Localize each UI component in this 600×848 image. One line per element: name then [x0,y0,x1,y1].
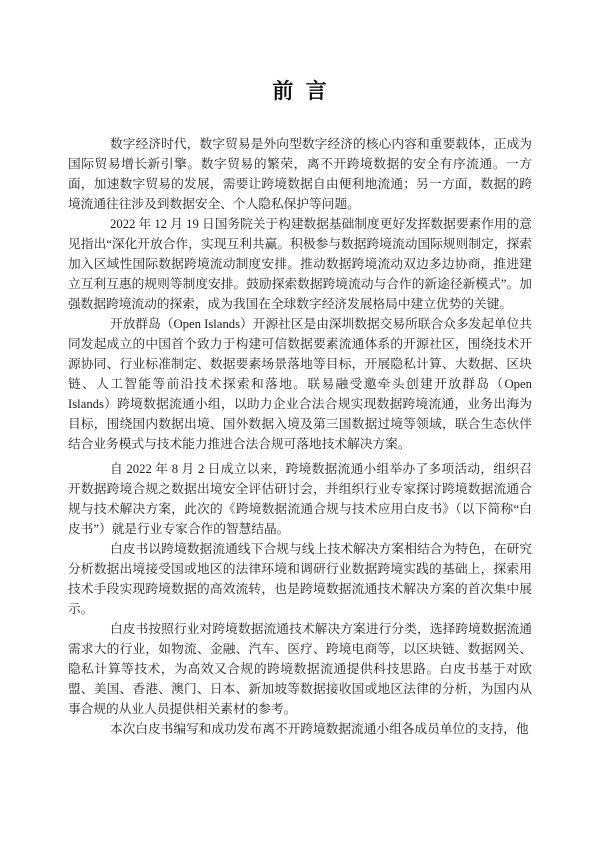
paragraph-6: 白皮书按照行业对跨境数据流通技术解决方案进行分类，选择跨境数据流通需求大的行业，… [68,619,532,719]
page-title: 前 言 [0,81,600,102]
paragraph-3: 开放群岛（Open Islands）开源社区是由深圳数据交易所联合众多发起单位共… [68,314,532,454]
paragraph-1: 数字经济时代，数字贸易是外向型数字经济的核心内容和重要载体，正成为国际贸易增长新… [68,134,532,214]
paragraph-2: 2022 年 12 月 19 日国务院关于构建数据基础制度更好发挥数据要素作用的… [68,214,532,314]
document-page: 前 言 数字经济时代，数字贸易是外向型数字经济的核心内容和重要载体，正成为国际贸… [0,0,600,848]
paragraph-7: 本次白皮书编写和成功发布离不开跨境数据流通小组各成员单位的支持，他 [68,719,532,739]
document-body: 数字经济时代，数字贸易是外向型数字经济的核心内容和重要载体，正成为国际贸易增长新… [68,134,532,739]
paragraph-5: 白皮书以跨境数据流通线下合规与线上技术解决方案相结合为特色，在研究分析数据出境接… [68,539,532,619]
paragraph-4: 自 2022 年 8 月 2 日成立以来，跨境数据流通小组举办了多项活动，组织召… [68,459,532,539]
